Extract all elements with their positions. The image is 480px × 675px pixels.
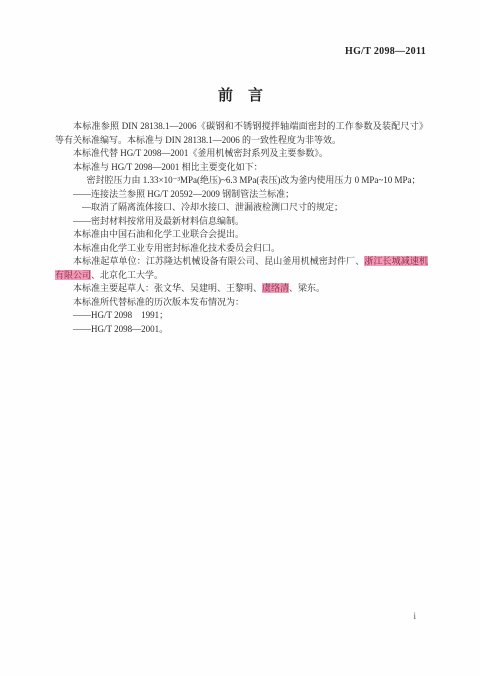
foreword-paragraph: ——HG/T 2098—2001。 xyxy=(55,323,428,337)
foreword-paragraph: 本标准由中国石油和化学工业联合会提出。 xyxy=(55,228,428,242)
foreword-paragraph: 本标准主要起草人：张文华、吴建明、王黎明、虞络清、梁东。 xyxy=(55,282,428,296)
paragraph-text: 本标准由化学工业专用密封标准化技术委员会归口。 xyxy=(73,243,280,253)
paragraph-text: 本标准由中国石油和化学工业联合会提出。 xyxy=(73,229,244,239)
foreword-paragraph: 本标准起草单位：江苏隆达机械设备有限公司、昆山釜用机械密封件厂、浙江长城减速机有… xyxy=(55,255,428,282)
paragraph-text: ——密封材料按常用及最新材料信息编制。 xyxy=(73,216,244,226)
paragraph-text: 本标准主要起草人：张文华、吴建明、王黎明、 xyxy=(73,283,262,293)
foreword-paragraph: 本标准所代替标准的历次版本发布情况为： xyxy=(55,296,428,310)
foreword-paragraph: 本标准由化学工业专用密封标准化技术委员会归口。 xyxy=(55,242,428,256)
paragraph-text: 、北京化工大学。 xyxy=(91,270,163,280)
paragraph-text: ——HG/T 2098 1991； xyxy=(73,310,168,320)
page-number: i xyxy=(413,611,416,621)
paragraph-text: 本标准与 HG/T 2098—2001 相比主要变化如下： xyxy=(73,162,263,172)
paragraph-text: 、梁东。 xyxy=(289,283,325,293)
foreword-paragraph: 本标准代替 HG/T 2098—2001《釜用机械密封系列及主要参数》。 xyxy=(55,147,428,161)
paragraph-text: ——HG/T 2098—2001。 xyxy=(73,324,168,334)
paragraph-text: ——连接法兰参照 HG/T 20592—2009 钢制管法兰标准； xyxy=(73,189,294,199)
paragraph-text: 本标准所代替标准的历次版本发布情况为： xyxy=(73,297,244,307)
foreword-paragraph: 密封腔压力由 1.33×10⁻³MPa(绝压)~6.3 MPa(表压)改为釜内使… xyxy=(55,174,428,188)
foreword-paragraph: 本标准参照 DIN 28138.1—2006《碳钢和不锈钢搅拌轴端面密封的工作参… xyxy=(55,120,428,147)
paragraph-text: 密封腔压力由 1.33×10⁻³MPa(绝压)~6.3 MPa(表压)改为釜内使… xyxy=(87,175,421,185)
document-page: HG/T 2098—2011 前 言 本标准参照 DIN 28138.1—200… xyxy=(0,0,480,675)
standard-code-header: HG/T 2098—2011 xyxy=(345,46,426,57)
foreword-body: 本标准参照 DIN 28138.1—2006《碳钢和不锈钢搅拌轴端面密封的工作参… xyxy=(55,120,428,336)
paragraph-text: 本标准代替 HG/T 2098—2001《釜用机械密封系列及主要参数》。 xyxy=(73,148,328,158)
paragraph-text: 本标准参照 DIN 28138.1—2006《碳钢和不锈钢搅拌轴端面密封的工作参… xyxy=(55,121,428,145)
page-title: 前 言 xyxy=(55,84,426,105)
highlighted-text: 虞络清 xyxy=(262,283,289,293)
foreword-paragraph: ——连接法兰参照 HG/T 20592—2009 钢制管法兰标准； xyxy=(55,188,428,202)
paragraph-text: —取消了隔离流体接口、冷却水接口、泄漏液检测口尺寸的规定； xyxy=(82,202,343,212)
foreword-paragraph: ——HG/T 2098 1991； xyxy=(55,309,428,323)
foreword-paragraph: —取消了隔离流体接口、冷却水接口、泄漏液检测口尺寸的规定； xyxy=(55,201,428,215)
paragraph-text: 本标准起草单位：江苏隆达机械设备有限公司、昆山釜用机械密封件厂、 xyxy=(73,256,364,266)
foreword-paragraph: ——密封材料按常用及最新材料信息编制。 xyxy=(55,215,428,229)
foreword-paragraph: 本标准与 HG/T 2098—2001 相比主要变化如下： xyxy=(55,161,428,175)
